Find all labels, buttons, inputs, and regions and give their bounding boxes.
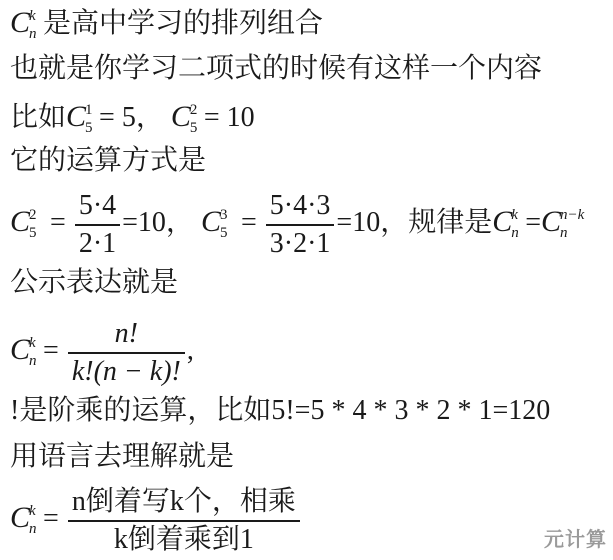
- line-intro: Ckn是高中学习的排列组合: [10, 6, 323, 43]
- subscript: n: [29, 522, 37, 537]
- fraction: 5·4·33·2·1: [266, 188, 335, 262]
- denominator: 3·2·1: [266, 226, 335, 262]
- equals-sign: =: [43, 503, 59, 534]
- subscript: n: [560, 226, 568, 241]
- superscript: 1: [85, 103, 93, 118]
- combination-symbol: C: [541, 205, 561, 238]
- line-binomial: 也就是你学习二项式的时候有这样一个内容: [10, 52, 542, 86]
- subscript: n: [29, 354, 37, 369]
- numerator: 5·4: [75, 188, 120, 224]
- combination-symbol: C: [10, 501, 30, 534]
- line-text: !是阶乘的运算，比如5!=5 * 4 * 3 * 2 * 1=120: [10, 395, 550, 426]
- combination-symbol: C: [10, 6, 30, 39]
- superscript: k: [29, 9, 36, 24]
- equals-sign: =: [241, 207, 257, 238]
- punctuation: ,: [187, 335, 194, 366]
- line-text: 它的运算方式是: [10, 145, 206, 176]
- line-verbal-heading: 用语言去理解就是: [10, 440, 234, 474]
- superscript: n−k: [560, 208, 584, 223]
- line-text: 用语言去理解就是: [10, 441, 234, 472]
- superscript: k: [511, 208, 518, 223]
- denominator: k!(n − k)!: [68, 354, 185, 390]
- combination-symbol: C: [10, 205, 30, 238]
- subscript: 5: [29, 226, 37, 241]
- line-text: 比如: [10, 102, 66, 133]
- line-method-heading: 它的运算方式是: [10, 144, 206, 178]
- line-text: 也就是你学习二项式的时候有这样一个内容: [10, 53, 542, 84]
- subscript: n: [29, 27, 37, 42]
- superscript: k: [29, 336, 36, 351]
- numerator: 5·4·3: [266, 188, 335, 224]
- result: =10，: [122, 207, 194, 238]
- line-text: 是高中学习的排列组合: [43, 8, 323, 39]
- line-formula-heading: 公示表达就是: [10, 266, 178, 300]
- example-value: = 5，: [99, 102, 164, 133]
- line-calculations: C25 = 5·42·1=10， C35 = 5·4·33·2·1=10，规律是…: [10, 188, 600, 262]
- line-text: 公示表达就是: [10, 267, 178, 298]
- subscript: 5: [85, 121, 93, 136]
- example-value: = 10: [204, 102, 255, 133]
- rule-label: 规律是: [408, 207, 492, 238]
- fraction: 5·42·1: [75, 188, 120, 262]
- superscript: 2: [190, 103, 198, 118]
- combination-symbol: C: [171, 100, 191, 133]
- combination-symbol: C: [10, 333, 30, 366]
- line-examples: 比如C15= 5， C25= 10: [10, 100, 255, 137]
- denominator: 2·1: [75, 226, 120, 262]
- equals-sign: =: [525, 207, 541, 238]
- combination-symbol: C: [66, 100, 86, 133]
- numerator: n!: [111, 316, 142, 352]
- numerator: n倒着写k个，相乘: [68, 484, 300, 520]
- subscript: 5: [220, 226, 228, 241]
- line-general-formula: Ckn= n!k!(n − k)!,: [10, 316, 194, 390]
- line-verbal-formula: Ckn= n倒着写k个，相乘k倒着乘到1: [10, 484, 302, 558]
- result: =10，: [336, 207, 408, 238]
- superscript: 3: [220, 208, 228, 223]
- superscript: k: [29, 504, 36, 519]
- denominator: k倒着乘到1: [110, 522, 258, 558]
- subscript: n: [511, 226, 519, 241]
- watermark: 元计算: [544, 523, 607, 552]
- equals-sign: =: [43, 335, 59, 366]
- line-factorial: !是阶乘的运算，比如5!=5 * 4 * 3 * 2 * 1=120: [10, 394, 550, 428]
- fraction: n!k!(n − k)!: [68, 316, 185, 390]
- superscript: 2: [29, 208, 37, 223]
- subscript: 5: [190, 121, 198, 136]
- combination-symbol: C: [201, 205, 221, 238]
- fraction: n倒着写k个，相乘k倒着乘到1: [68, 484, 300, 558]
- equals-sign: =: [50, 207, 66, 238]
- combination-symbol: C: [492, 205, 512, 238]
